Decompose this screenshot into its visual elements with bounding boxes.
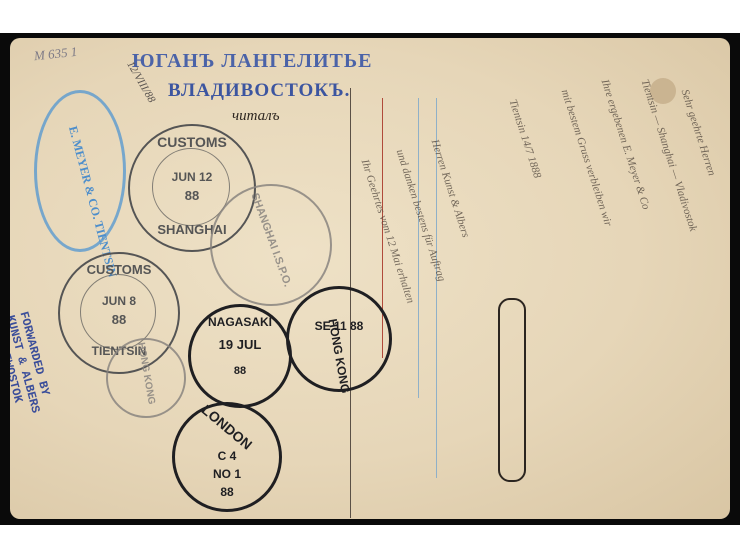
- postmark-nagasaki: NAGASAKI 19 JUL 88: [188, 304, 292, 408]
- printed-header-city: ВЛАДИВОСТОКЪ.: [168, 80, 350, 102]
- right-date: Tientsin 14/7 1888: [507, 98, 544, 180]
- postmark-hong-kong: SE 11 88 HONG KONG: [286, 286, 392, 392]
- postal-card: M 635 1 ЮГАНЪ ЛАНГЕЛИТЬЕ ВЛАДИВОСТОКЪ. 1…: [10, 38, 730, 519]
- postmark-shanghai-ispo: SHANGHAI I.S.P.O.: [210, 184, 332, 306]
- postmark-hong-kong-faint: HONG KONG: [106, 338, 186, 418]
- handwriting: Sehr geehrte Herren: [679, 88, 718, 177]
- forwarded-cachet: FORWARDED BY KUNST & ALBERS W LADIWOSTOK: [10, 310, 56, 418]
- read-note: читалъ: [232, 108, 280, 125]
- handwriting: mit bestem Gruss verbleiben wir: [559, 88, 615, 228]
- printed-header-name: ЮГАНЪ ЛАНГЕЛИТЬЕ: [132, 50, 372, 73]
- postmark-london: LONDON C 4 NO 1 88: [172, 402, 282, 512]
- blue-line: [418, 98, 419, 398]
- signature-flourish: [498, 298, 526, 482]
- pencil-number: M 635 1: [33, 44, 78, 64]
